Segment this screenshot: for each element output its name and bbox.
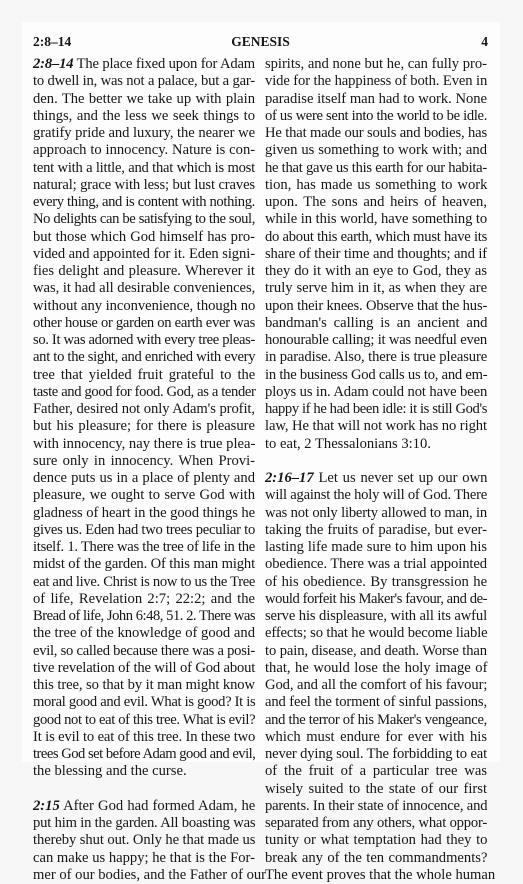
line-text: to eat, 2 Thessalonians 3:10. (265, 436, 431, 452)
text-line: taking the fruits of paradise, but ever- (265, 522, 487, 539)
text-line: in paradise. Also, there is true pleasur… (265, 349, 487, 366)
line-text: Bread of life, John 6:48, 51. 2. There w… (33, 608, 255, 624)
line-text: midst of the garden. Of this man might (33, 556, 255, 572)
line-text: of us were sent into the world to be idl… (265, 108, 487, 124)
text-line: dence puts us in a place of plenty and (33, 470, 255, 487)
line-text: ploys us in. Adam could not have been (265, 384, 487, 400)
header-page-number: 4 (481, 34, 488, 50)
line-text: would forfeit his Maker's favour, and de… (265, 591, 487, 607)
line-text: fies delight and pleasure. Wherever it (33, 263, 255, 279)
text-line: upon. The sons and heirs of heaven, (265, 194, 487, 211)
text-line: good not to eat of this tree. What is ev… (33, 712, 255, 729)
verse-reference: 2:8–14 (33, 56, 73, 72)
line-text: No delights can be satisfying to the sou… (33, 211, 255, 227)
line-text: bandman's calling is an ancient and (265, 315, 487, 331)
line-text: with innocency, nay there is true plea- (33, 436, 255, 452)
text-line: law, He that will not work has no right (265, 418, 487, 435)
text-line: No delights can be satisfying to the sou… (33, 211, 255, 228)
text-line: He that made our souls and bodies, has (265, 125, 487, 142)
text-line: tion, has made us something to work (265, 177, 487, 194)
text-line: this tree, so that by it man might know (33, 677, 255, 694)
text-line: was not only liberty allowed to man, in (265, 505, 487, 522)
line-text: Let us never set up our own (314, 470, 488, 486)
text-line: truly serve him in it, as when they are (265, 280, 487, 297)
text-line: bandman's calling is an ancient and (265, 315, 487, 332)
line-text: to pain, disease, and death. Worse than (265, 643, 487, 659)
text-line: obedience. There was a trial appointed (265, 556, 487, 573)
line-text: upon their knees. Observe that the hus- (265, 298, 487, 314)
line-text: taking the fruits of paradise, but ever- (265, 522, 487, 538)
text-line: 2:8–14 The place fixed upon for Adam (33, 56, 255, 73)
text-line: was, it had all desirable conveniences, (33, 280, 255, 297)
text-line: 2:16–17 Let us never set up our own (265, 470, 487, 487)
text-line: which must endure for ever with his (265, 729, 487, 746)
line-text: truly serve him in it, as when they are (265, 280, 487, 296)
text-line: to pain, disease, and death. Worse than (265, 643, 487, 660)
text-line: lasting life made sure to him upon his (265, 539, 487, 556)
line-text: gladness of heart in the good things he (33, 505, 255, 521)
line-text: evil, so called because there was a posi… (33, 643, 255, 659)
line-text: itself. 1. There was the tree of life in… (33, 539, 255, 555)
line-text: the tree of the knowledge of good and (33, 625, 255, 641)
line-text: honourable calling; it was needful even (265, 332, 487, 348)
text-line: the tree of the knowledge of good and (33, 625, 255, 642)
line-text: this tree, so that by it man might know (33, 677, 255, 693)
line-text: eat and live. Christ is now to us the Tr… (33, 574, 255, 590)
commentary-paragraph: 2:8–14 The place fixed upon for Adamto d… (33, 56, 255, 777)
text-line: gives us. Eden had two trees peculiar to (33, 522, 255, 539)
header-book-title: GENESIS (33, 34, 488, 50)
line-text: effects; so that he would become liable (265, 625, 487, 641)
text-line: so. It was adorned with every tree pleas… (33, 332, 255, 349)
line-text: The place fixed upon for Adam (73, 56, 255, 72)
text-line: evil, so called because there was a posi… (33, 643, 255, 660)
text-line: he that gave us this earth for our habit… (265, 160, 487, 177)
line-text: He that made our souls and bodies, has (265, 125, 487, 141)
text-line: pleasure, we ought to serve God with (33, 487, 255, 504)
line-text: was, it had all desirable conveniences, (33, 280, 255, 296)
line-text: tree that yielded fruit grateful to the (33, 367, 255, 383)
text-line: and feel the torment of sinful passions, (265, 694, 487, 711)
text-line: of us were sent into the world to be idl… (265, 108, 487, 125)
text-line: tent with a little, and that which is mo… (33, 160, 255, 177)
line-text: the blessing and the curse. (33, 763, 187, 777)
line-text: natural; grace with less; but lust crave… (33, 177, 255, 193)
commentary-paragraph: 2:16–17 Let us never set up our ownwill … (265, 470, 487, 777)
line-text: happy if he had been idle: it is still G… (265, 401, 487, 417)
text-line: upon their knees. Observe that the hus- (265, 298, 487, 315)
text-line: never dying soul. The forbidding to eat (265, 746, 487, 763)
text-line: fies delight and pleasure. Wherever it (33, 263, 255, 280)
line-text: of his obedience. By transgression he (265, 574, 487, 590)
line-text: but those which God himself has pro- (33, 229, 255, 245)
right-column: spirits, and none but he, can fully pro-… (265, 56, 487, 777)
text-line: in the business God calls us to, and em- (265, 367, 487, 384)
line-text: to dwell in, was not a palace, but a gar… (33, 73, 255, 89)
text-line: without any inconvenience, though no (33, 298, 255, 315)
line-text: every thing, and is content with nothing… (33, 194, 255, 210)
text-line: spirits, and none but he, can fully pro- (265, 56, 487, 73)
text-line: every thing, and is content with nothing… (33, 194, 255, 211)
left-column: 2:8–14 The place fixed upon for Adamto d… (33, 56, 255, 777)
line-text: and feel the torment of sinful passions, (265, 694, 487, 710)
commentary-paragraph: spirits, and none but he, can fully pro-… (265, 56, 487, 453)
text-line: Father, desired not only Adam's profit, (33, 401, 255, 418)
line-text: never dying soul. The forbidding to eat (265, 746, 487, 762)
text-line: vided and appointed for it. Eden signi- (33, 246, 255, 263)
text-line: serve his displeasure, with all its awfu… (265, 608, 487, 625)
text-line: other house or garden on earth ever was (33, 315, 255, 332)
line-text: dence puts us in a place of plenty and (33, 470, 255, 486)
text-line: natural; grace with less; but lust crave… (33, 177, 255, 194)
text-line: trees God set before Adam good and evil, (33, 746, 255, 763)
line-text: that, he would lose the holy image of (265, 660, 487, 676)
text-line: share of their time and thoughts; and if (265, 246, 487, 263)
text-line: things, and the less we seek things to (33, 108, 255, 125)
verse-reference: 2:16–17 (265, 470, 314, 486)
text-line: moral good and evil. What is good? It is (33, 694, 255, 711)
line-text: God, and all the comfort of his favour; (265, 677, 487, 693)
text-line: they do it with an eye to God, they as (265, 263, 487, 280)
line-text: den. The better we take up with plain (33, 91, 255, 107)
text-line: the blessing and the curse. (33, 763, 255, 777)
text-line: of life, Revelation 2:7; 22:2; and the (33, 591, 255, 608)
line-text: good not to eat of this tree. What is ev… (33, 712, 255, 728)
line-text: tive revelation of the will of God about (33, 660, 255, 676)
line-text: pleasure, we ought to serve God with (33, 487, 255, 503)
text-line: taste and good for food. God, as a tende… (33, 384, 255, 401)
text-line: tree that yielded fruit grateful to the (33, 367, 255, 384)
line-text: It is evil to eat of this tree. In these… (33, 729, 255, 745)
line-text: was not only liberty allowed to man, in (265, 505, 487, 521)
running-header: 2:8–14 GENESIS 4 (33, 34, 488, 50)
text-line: to dwell in, was not a palace, but a gar… (33, 73, 255, 90)
line-text: which must endure for ever with his (265, 729, 487, 745)
text-line: ant to the sight, and enriched with ever… (33, 349, 255, 366)
line-text: sure only in innocency. When Provi- (33, 453, 255, 469)
line-text: will against the holy will of God. There (265, 487, 487, 503)
line-text: Father, desired not only Adam's profit, (33, 401, 255, 417)
text-line: to eat, 2 Thessalonians 3:10. (265, 436, 487, 453)
text-line: It is evil to eat of this tree. In these… (33, 729, 255, 746)
text-line: God, and all the comfort of his favour; (265, 677, 487, 694)
text-line: sure only in innocency. When Provi- (33, 453, 255, 470)
text-line: of his obedience. By transgression he (265, 574, 487, 591)
line-text: share of their time and thoughts; and if (265, 246, 487, 262)
line-text: of life, Revelation 2:7; 22:2; and the (33, 591, 255, 607)
text-line: but those which God himself has pro- (33, 229, 255, 246)
line-text: other house or garden on earth ever was (33, 315, 255, 331)
line-text: of the fruit of a particular tree was (265, 763, 487, 777)
text-line: eat and live. Christ is now to us the Tr… (33, 574, 255, 591)
line-text: approach to innocency. Nature is con- (33, 142, 255, 158)
line-text: do about this earth, which must have its (265, 229, 487, 245)
line-text: serve his displeasure, with all its awfu… (265, 608, 487, 624)
text-line: midst of the garden. Of this man might (33, 556, 255, 573)
text-line: and the terror of his Maker's vengeance, (265, 712, 487, 729)
text-line: do about this earth, which must have its (265, 229, 487, 246)
line-text: gives us. Eden had two trees peculiar to (33, 522, 255, 538)
text-line: while in this world, have something to (265, 211, 487, 228)
line-text: vide for the happiness of both. Even in (265, 73, 487, 89)
text-line: ploys us in. Adam could not have been (265, 384, 487, 401)
text-line: with innocency, nay there is true plea- (33, 436, 255, 453)
line-text: ant to the sight, and enriched with ever… (33, 349, 255, 365)
line-text: and the terror of his Maker's vengeance, (265, 712, 487, 728)
text-line: will against the holy will of God. There (265, 487, 487, 504)
text-line: approach to innocency. Nature is con- (33, 142, 255, 159)
text-line: honourable calling; it was needful even (265, 332, 487, 349)
text-line: but his pleasure; for there is pleasure (33, 418, 255, 435)
text-line: itself. 1. There was the tree of life in… (33, 539, 255, 556)
line-text: in paradise. Also, there is true pleasur… (265, 349, 487, 365)
line-text: but his pleasure; for there is pleasure (33, 418, 255, 434)
line-text: things, and the less we seek things to (33, 108, 255, 124)
line-text: while in this world, have something to (265, 211, 487, 227)
text-line: of the fruit of a particular tree was (265, 763, 487, 777)
text-line: tive revelation of the will of God about (33, 660, 255, 677)
text-line: given us something to work with; and (265, 142, 487, 159)
line-text: gratify pride and luxury, the nearer we (33, 125, 255, 141)
text-line: that, he would lose the holy image of (265, 660, 487, 677)
line-text: so. It was adorned with every tree pleas… (33, 332, 255, 348)
text-line: paradise itself man had to work. None (265, 91, 487, 108)
line-text: he that gave us this earth for our habit… (265, 160, 487, 176)
text-line: would forfeit his Maker's favour, and de… (265, 591, 487, 608)
text-line: effects; so that he would become liable (265, 625, 487, 642)
line-text: moral good and evil. What is good? It is (33, 694, 255, 710)
line-text: lasting life made sure to him upon his (265, 539, 487, 555)
line-text: vided and appointed for it. Eden signi- (33, 246, 255, 262)
line-text: obedience. There was a trial appointed (265, 556, 487, 572)
line-text: trees God set before Adam good and evil, (33, 746, 255, 762)
text-line: vide for the happiness of both. Even in (265, 73, 487, 90)
text-line: Bread of life, John 6:48, 51. 2. There w… (33, 608, 255, 625)
line-text: spirits, and none but he, can fully pro- (265, 56, 487, 72)
text-line: den. The better we take up with plain (33, 91, 255, 108)
line-text: tent with a little, and that which is mo… (33, 160, 255, 176)
text-line: gratify pride and luxury, the nearer we (33, 125, 255, 142)
text-line: happy if he had been idle: it is still G… (265, 401, 487, 418)
line-text: paradise itself man had to work. None (265, 91, 487, 107)
line-text: they do it with an eye to God, they as (265, 263, 487, 279)
text-line: gladness of heart in the good things he (33, 505, 255, 522)
line-text: law, He that will not work has no right (265, 418, 487, 434)
line-text: taste and good for food. God, as a tende… (33, 384, 255, 400)
line-text: in the business God calls us to, and em- (265, 367, 487, 383)
line-text: tion, has made us something to work (265, 177, 487, 193)
line-text: given us something to work with; and (265, 142, 487, 158)
line-text: without any inconvenience, though no (33, 298, 255, 314)
line-text: upon. The sons and heirs of heaven, (265, 194, 487, 210)
